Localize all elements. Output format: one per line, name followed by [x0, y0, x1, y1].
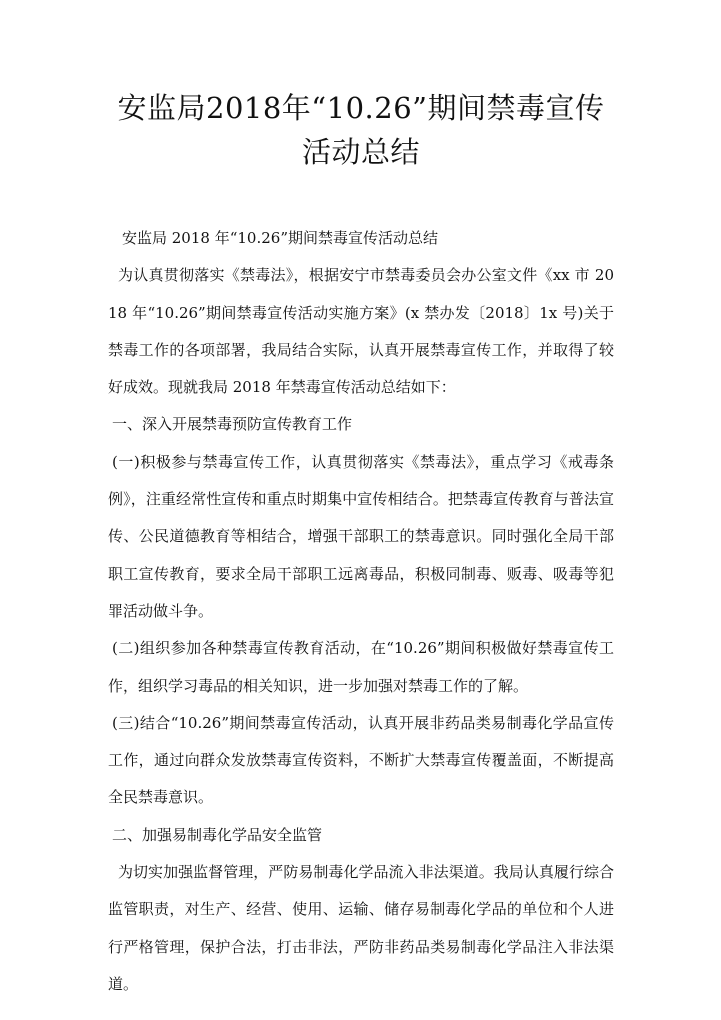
document-page: 安监局2018年“10.26”期间禁毒宣传活动总结 安监局 2018 年“10.…: [108, 86, 614, 1003]
body-paragraph-1-3: (三)结合“10.26”期间禁毒宣传活动，认真开展非药品类易制毒化学品宣传工作，…: [108, 705, 614, 817]
body-paragraph-1-2: (二)组织参加各种禁毒宣传教育活动，在“10.26”期间积极做好禁毒宣传工作，组…: [108, 630, 614, 705]
intro-paragraph: 为认真贯彻落实《禁毒法》，根据安宁市禁毒委员会办公室文件《xx 市 2018 年…: [108, 257, 614, 406]
document-title: 安监局2018年“10.26”期间禁毒宣传活动总结: [108, 86, 614, 174]
body-paragraph-1-1: (一)积极参与禁毒宣传工作，认真贯彻落实《禁毒法》，重点学习《戒毒条例》，注重经…: [108, 444, 614, 630]
body-paragraph-2-1: 为切实加强监督管理，严防易制毒化学品流入非法渠道。我局认真履行综合监管职责，对生…: [108, 854, 614, 1003]
section-heading-2: 二、加强易制毒化学品安全监管: [108, 817, 614, 854]
document-body: 安监局 2018 年“10.26”期间禁毒宣传活动总结 为认真贯彻落实《禁毒法》…: [108, 220, 614, 1003]
subtitle-paragraph: 安监局 2018 年“10.26”期间禁毒宣传活动总结: [108, 220, 614, 257]
section-heading-1: 一、深入开展禁毒预防宣传教育工作: [108, 406, 614, 443]
